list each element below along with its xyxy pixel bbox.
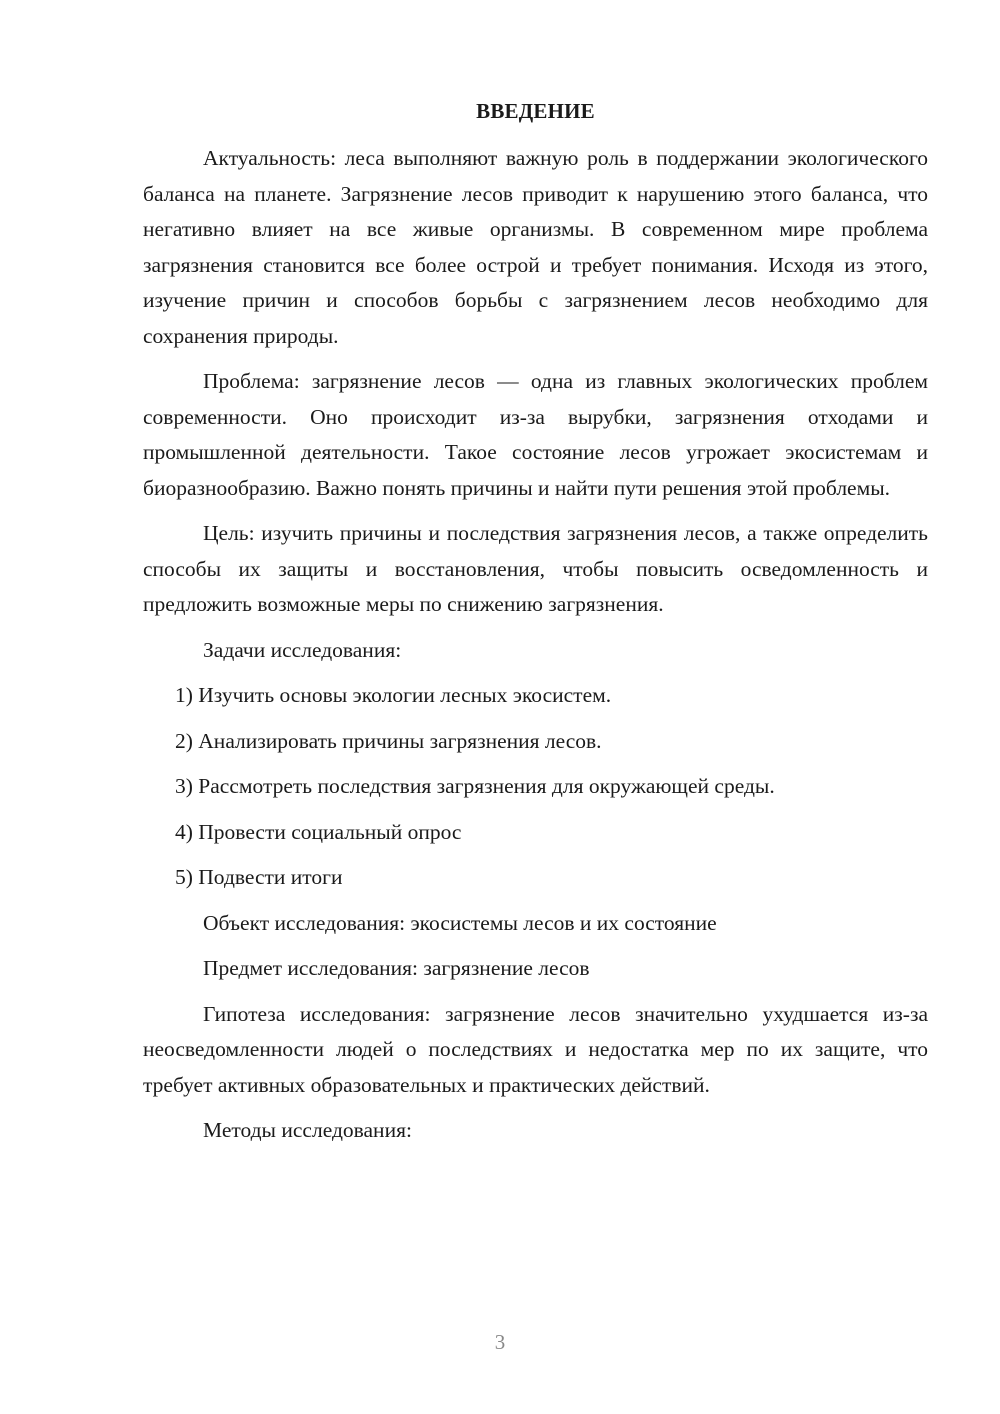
task-item: 5) Подвести итоги: [143, 860, 928, 896]
methods-heading: Методы исследования:: [143, 1113, 928, 1149]
tasks-list: 1) Изучить основы экологии лесных экосис…: [143, 678, 928, 896]
task-item: 1) Изучить основы экологии лесных экосис…: [143, 678, 928, 714]
task-item: 4) Провести социальный опрос: [143, 815, 928, 851]
tasks-heading: Задачи исследования:: [143, 633, 928, 669]
hypothesis-paragraph: Гипотеза исследования: загрязнение лесов…: [143, 997, 928, 1104]
task-item: 2) Анализировать причины загрязнения лес…: [143, 724, 928, 760]
document-page: ВВЕДЕНИЕ Актуальность: леса выполняют ва…: [143, 95, 928, 1159]
research-object: Объект исследования: экосистемы лесов и …: [143, 906, 928, 942]
relevance-paragraph: Актуальность: леса выполняют важную роль…: [143, 141, 928, 354]
page-number: 3: [0, 1330, 1000, 1355]
task-item: 3) Рассмотреть последствия загрязнения д…: [143, 769, 928, 805]
goal-paragraph: Цель: изучить причины и последствия загр…: [143, 516, 928, 623]
problem-paragraph: Проблема: загрязнение лесов — одна из гл…: [143, 364, 928, 506]
research-subject: Предмет исследования: загрязнение лесов: [143, 951, 928, 987]
document-title: ВВЕДЕНИЕ: [143, 95, 928, 127]
